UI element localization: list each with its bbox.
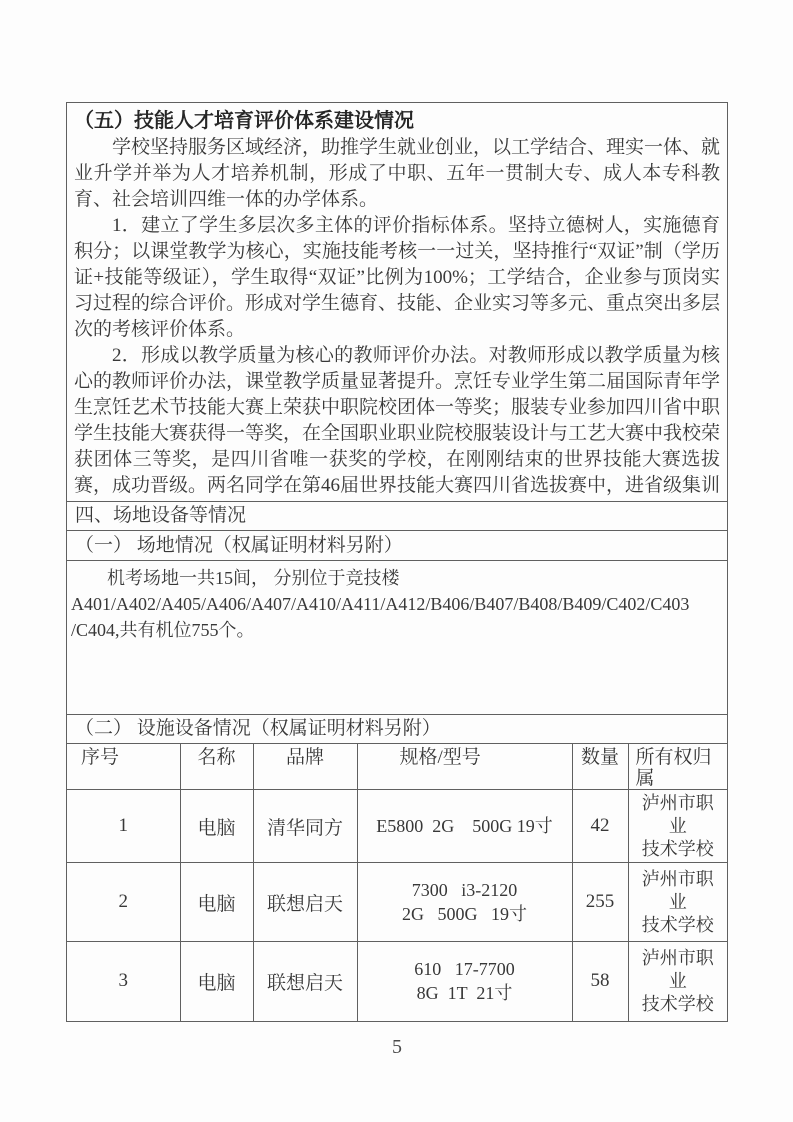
equipment-row-2: 2 电脑 联想启天 7300 i3-2120 2G 500G 19寸 255 泸… <box>67 863 727 942</box>
paragraph-overview: 学校坚持服务区域经济，助推学生就业创业，以工学结合、理实一体、就业升学并举为人才… <box>74 135 720 213</box>
cell-qty: 42 <box>572 790 628 863</box>
equipment-row-3: 3 电脑 联想启天 610 17-7700 8G 1T 21寸 58 泸州市职 … <box>67 942 727 1021</box>
cell-brand: 清华同方 <box>253 790 357 863</box>
cell-index: 3 <box>67 942 180 1021</box>
column-header-owner: 所有权归属 <box>628 744 727 790</box>
column-header-index: 序号 <box>67 744 180 790</box>
section-skill-evaluation: （五）技能人才培育评价体系建设情况 学校坚持服务区域经济，助推学生就业创业，以工… <box>67 103 727 502</box>
section-venue-header: 四、场地设备等情况 <box>67 502 727 531</box>
cell-spec: 610 17-7700 8G 1T 21寸 <box>357 942 572 1021</box>
equipment-table: 序号 名称 品牌 规格/型号 数量 所有权归属 1 电脑 清华同方 E5800 … <box>67 744 727 1021</box>
subsection-equipment-header: （二） 设施设备情况（权属证明材料另附） <box>67 715 727 744</box>
column-header-spec: 规格/型号 <box>357 744 572 790</box>
cell-owner: 泸州市职 业 技术学校 <box>628 790 727 863</box>
paragraph-student-evaluation: 1．建立了学生多层次多主体的评价指标体系。坚持立德树人，实施德育积分；以课堂教学… <box>74 213 720 343</box>
equipment-table-header-row: 序号 名称 品牌 规格/型号 数量 所有权归属 <box>67 744 727 790</box>
column-header-name: 名称 <box>180 744 253 790</box>
paragraph-teacher-evaluation: 2．形成以教学质量为核心的教师评价办法。对教师形成以教学质量为核心的教师评价办法… <box>74 343 720 502</box>
cell-qty: 255 <box>572 863 628 942</box>
site-description: 机考场地一共15间， 分别位于竞技楼 A401/A402/A405/A406/A… <box>67 561 727 715</box>
cell-index: 2 <box>67 863 180 942</box>
cell-spec: 7300 i3-2120 2G 500G 19寸 <box>357 863 572 942</box>
column-header-brand: 品牌 <box>253 744 357 790</box>
section-title: （五）技能人才培育评价体系建设情况 <box>74 108 720 135</box>
document-page: （五）技能人才培育评价体系建设情况 学校坚持服务区域经济，助推学生就业创业，以工… <box>0 0 793 1122</box>
subsection-site-header: （一） 场地情况（权属证明材料另附） <box>67 531 727 561</box>
cell-qty: 58 <box>572 942 628 1021</box>
cell-brand: 联想启天 <box>253 863 357 942</box>
equipment-row-1: 1 电脑 清华同方 E5800 2G 500G 19寸 42 泸州市职 业 技术… <box>67 790 727 863</box>
page-number: 5 <box>66 1036 728 1059</box>
cell-name: 电脑 <box>180 790 253 863</box>
column-header-qty: 数量 <box>572 744 628 790</box>
cell-brand: 联想启天 <box>253 942 357 1021</box>
cell-name: 电脑 <box>180 863 253 942</box>
cell-name: 电脑 <box>180 942 253 1021</box>
cell-spec: E5800 2G 500G 19寸 <box>357 790 572 863</box>
cell-owner: 泸州市职 业 技术学校 <box>628 863 727 942</box>
cell-owner: 泸州市职 业 技术学校 <box>628 942 727 1021</box>
cell-index: 1 <box>67 790 180 863</box>
report-form: （五）技能人才培育评价体系建设情况 学校坚持服务区域经济，助推学生就业创业，以工… <box>66 102 728 1022</box>
